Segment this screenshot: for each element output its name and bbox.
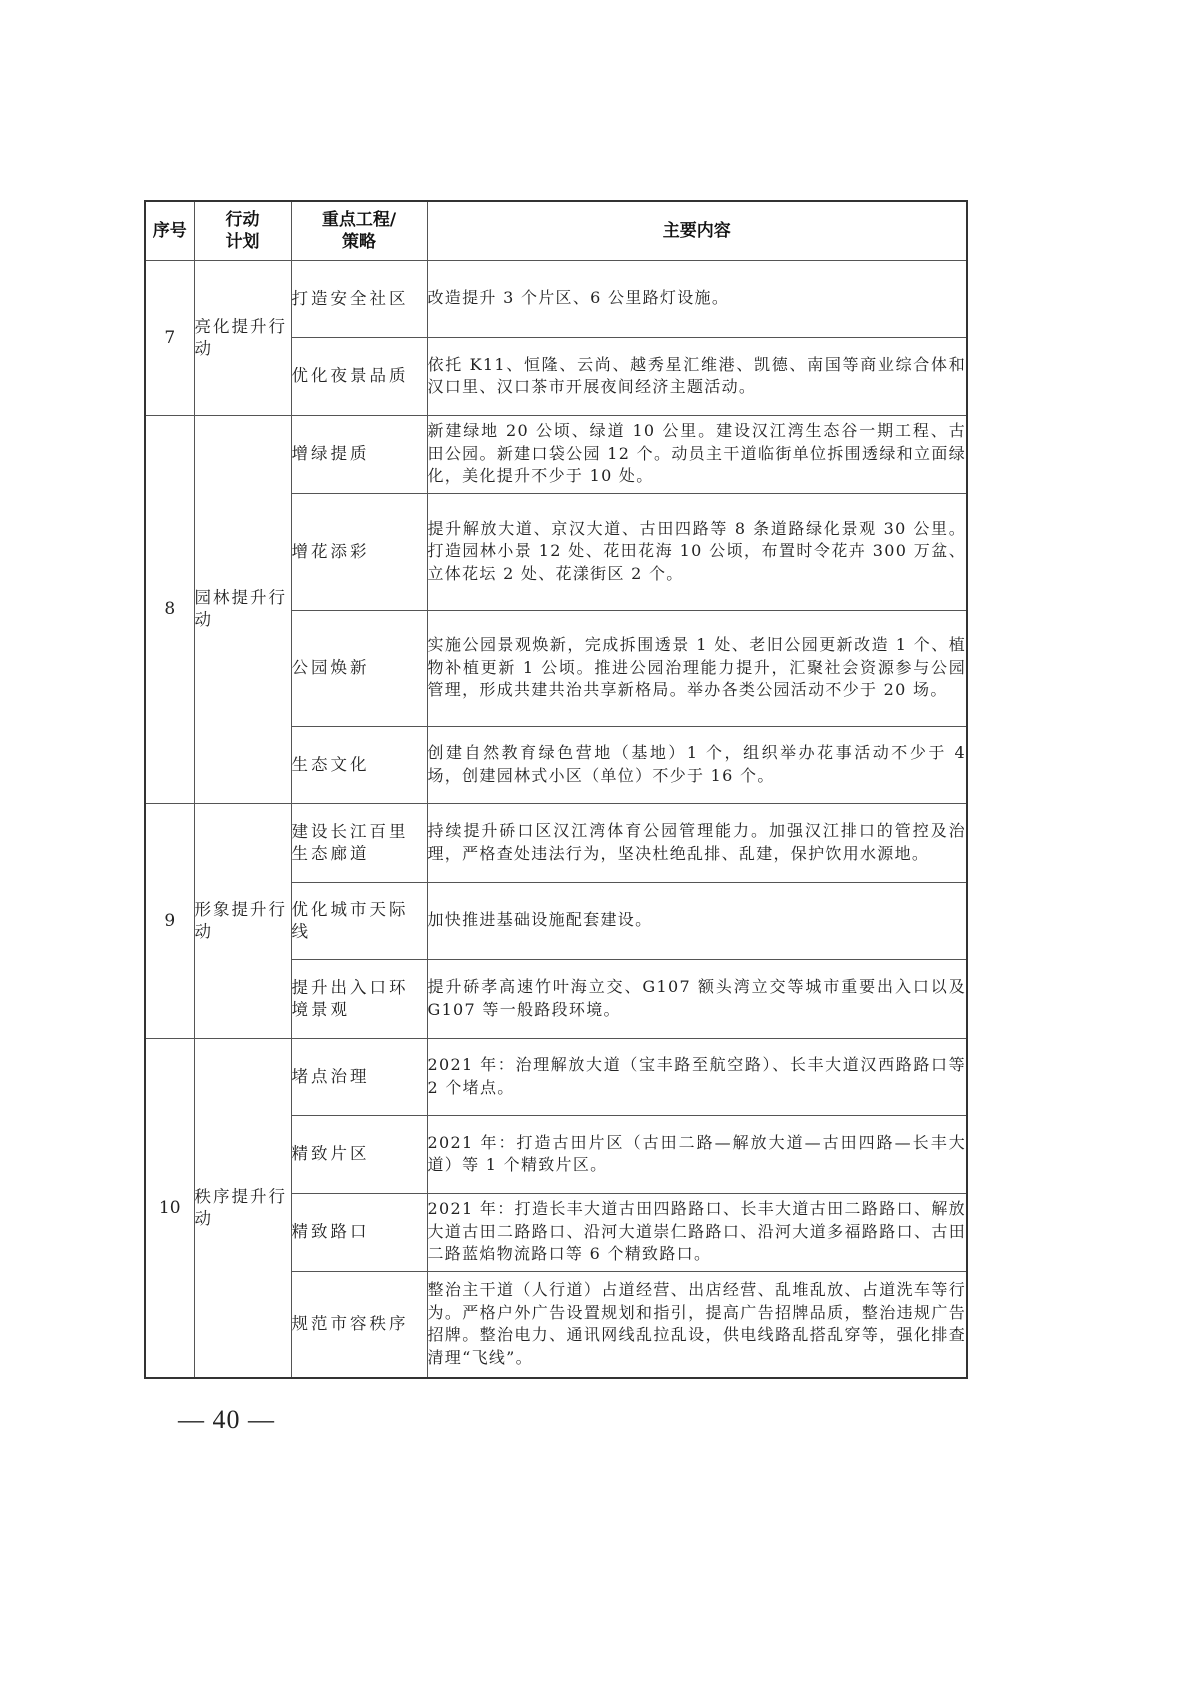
table-header-row: 序号 行动 计划 重点工程/ 策略 主要内容 [145, 201, 967, 260]
project-name: 精致片区 [291, 1115, 427, 1193]
action-plan-table: 序号 行动 计划 重点工程/ 策略 主要内容 7 亮化提升行动 打造安全社区 改… [144, 200, 968, 1379]
project-content: 整治主干道（人行道）占道经营、出店经营、乱堆乱放、占道洗车等行为。严格户外广告设… [427, 1271, 967, 1378]
project-name: 公园焕新 [291, 610, 427, 726]
row-number: 7 [145, 260, 194, 415]
project-name: 优化夜景品质 [291, 337, 427, 415]
project-content: 2021 年：治理解放大道（宝丰路至航空路）、长丰大道汉西路路口等 2 个堵点。 [427, 1038, 967, 1115]
project-content: 持续提升硚口区汉江湾体育公园管理能力。加强汉江排口的管控及治理，严格查处违法行为… [427, 803, 967, 882]
project-name: 生态文化 [291, 726, 427, 803]
project-name: 规范市容秩序 [291, 1271, 427, 1378]
action-plan-name: 亮化提升行动 [194, 260, 291, 415]
header-content: 主要内容 [427, 201, 967, 260]
header-no: 序号 [145, 201, 194, 260]
action-plan-name: 秩序提升行动 [194, 1038, 291, 1378]
project-content: 依托 K11、恒隆、云尚、越秀星汇维港、凯德、南国等商业综合体和汉口里、汉口茶市… [427, 337, 967, 415]
project-content: 实施公园景观焕新，完成拆围透景 1 处、老旧公园更新改造 1 个、植物补植更新 … [427, 610, 967, 726]
project-name: 精致路口 [291, 1193, 427, 1271]
project-name: 提升出入口环境景观 [291, 959, 427, 1038]
project-content: 加快推进基础设施配套建设。 [427, 882, 967, 959]
table-row: 10 秩序提升行动 堵点治理 2021 年：治理解放大道（宝丰路至航空路）、长丰… [145, 1038, 967, 1115]
project-name: 打造安全社区 [291, 260, 427, 337]
project-name: 堵点治理 [291, 1038, 427, 1115]
row-number: 8 [145, 415, 194, 803]
project-name: 建设长江百里生态廊道 [291, 803, 427, 882]
project-content: 提升解放大道、京汉大道、古田四路等 8 条道路绿化景观 30 公里。打造园林小景… [427, 493, 967, 610]
action-plan-name: 园林提升行动 [194, 415, 291, 803]
project-name: 增绿提质 [291, 415, 427, 493]
project-content: 创建自然教育绿色营地（基地）1 个，组织举办花事活动不少于 4 场，创建园林式小… [427, 726, 967, 803]
project-content: 2021 年：打造古田片区（古田二路—解放大道—古田四路—长丰大道）等 1 个精… [427, 1115, 967, 1193]
table-row: 9 形象提升行动 建设长江百里生态廊道 持续提升硚口区汉江湾体育公园管理能力。加… [145, 803, 967, 882]
project-content: 提升硚孝高速竹叶海立交、G107 额头湾立交等城市重要出入口以及 G107 等一… [427, 959, 967, 1038]
project-name: 优化城市天际线 [291, 882, 427, 959]
project-content: 新建绿地 20 公顷、绿道 10 公里。建设汉江湾生态谷一期工程、古田公园。新建… [427, 415, 967, 493]
header-plan: 行动 计划 [194, 201, 291, 260]
table-row: 8 园林提升行动 增绿提质 新建绿地 20 公顷、绿道 10 公里。建设汉江湾生… [145, 415, 967, 493]
table-row: 7 亮化提升行动 打造安全社区 改造提升 3 个片区、6 公里路灯设施。 [145, 260, 967, 337]
project-name: 增花添彩 [291, 493, 427, 610]
header-project: 重点工程/ 策略 [291, 201, 427, 260]
row-number: 10 [145, 1038, 194, 1378]
row-number: 9 [145, 803, 194, 1038]
project-content: 改造提升 3 个片区、6 公里路灯设施。 [427, 260, 967, 337]
project-content: 2021 年：打造长丰大道古田四路路口、长丰大道古田二路路口、解放大道古田二路路… [427, 1193, 967, 1271]
page-number: — 40 — [178, 1405, 275, 1435]
action-plan-name: 形象提升行动 [194, 803, 291, 1038]
